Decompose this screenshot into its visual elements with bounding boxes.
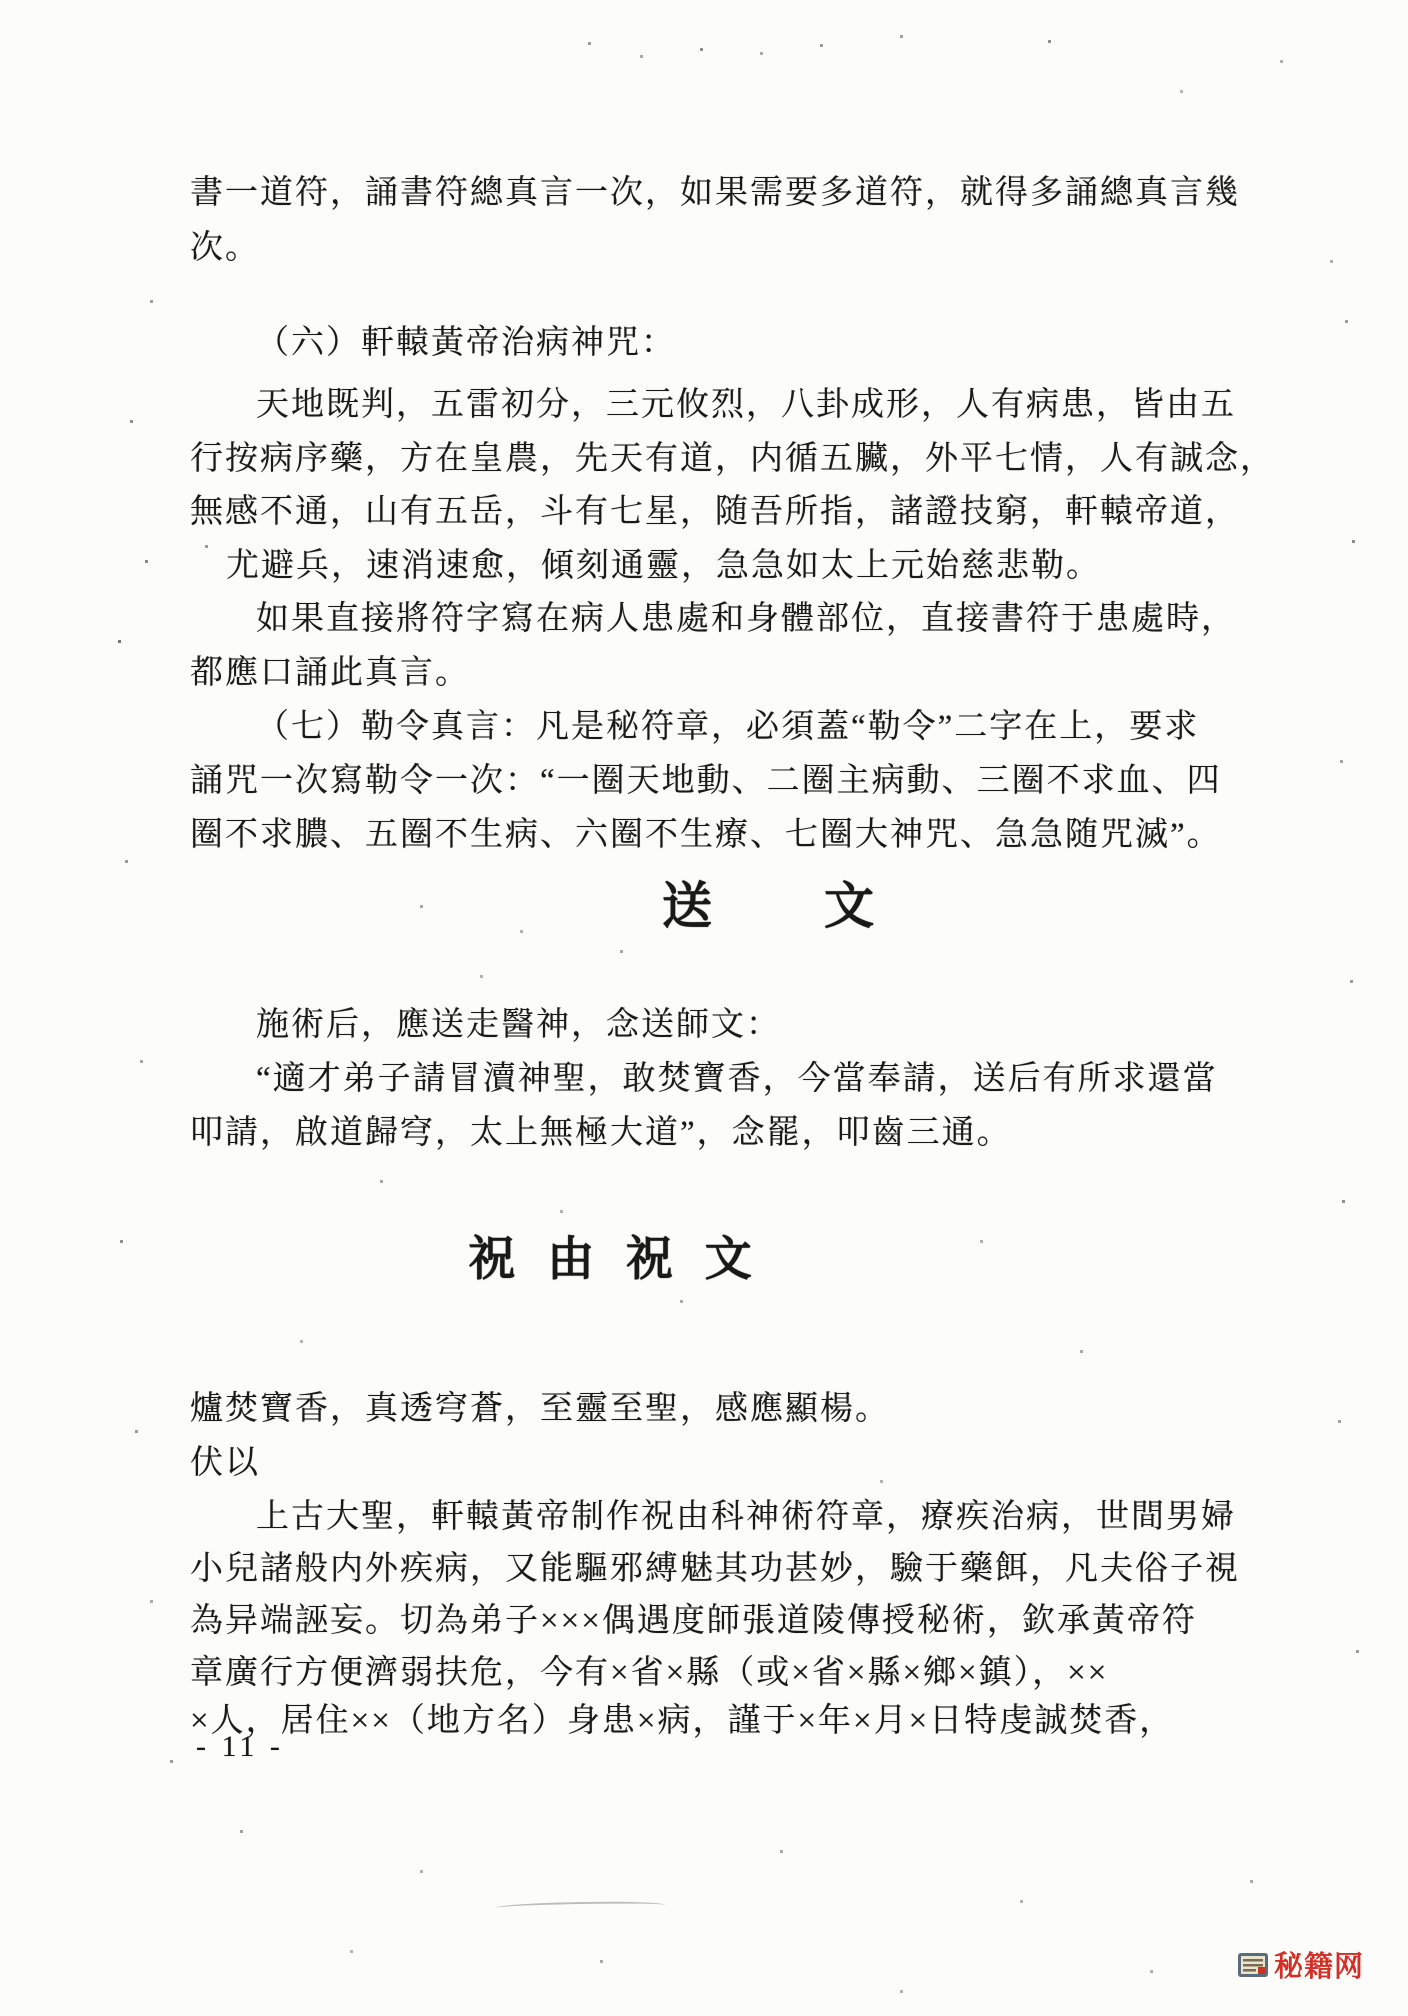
section-heading-zhu-you-zhu-wen: 祝 由 祝 文 [100, 1222, 1130, 1289]
body-line: 如果直接將符字寫在病人患處和身體部位，直接書符于患處時， [190, 592, 1346, 639]
book-logo-icon [1236, 1948, 1270, 1982]
subsection-heading-seven: （七）勒令真言：凡是秘符章，必須蓋“勒令”二字在上，要求 [190, 700, 1346, 747]
scan-noise-speckles [0, 0, 3, 3]
publisher-watermark: 秘籍网 [1236, 1944, 1364, 1985]
section-heading-song-wen: 送 文 [200, 866, 1340, 938]
body-line: 尤避兵，速消速愈，傾刻通靈，急急如太上元始慈悲勒。 [190, 539, 1316, 586]
watermark-label: 秘籍网 [1274, 1944, 1364, 1985]
body-line: 都應口誦此真言。 [190, 646, 1280, 693]
scanned-book-page: 書一道符，誦書符總真言一次，如果需要多道符，就得多誦總真言幾 次。 （六）軒轅黃… [0, 0, 1408, 2016]
body-line: 叩請，啟道歸穹，太上無極大道”，念罷，叩齒三通。 [190, 1106, 1280, 1153]
body-line: 無感不通，山有五岳，斗有七星，随吾所指，諸證技窮，軒轅帝道， [190, 485, 1280, 532]
page-number: - 11 - [196, 1730, 284, 1764]
body-line: “適才弟子請冒瀆神聖，敢焚寶香，今當奉請，送后有所求還當 [190, 1052, 1346, 1099]
body-line: ×人，居住××（地方名）身患×病，謹于×年×月×日特虔誠焚香， [190, 1694, 1280, 1741]
body-line: 行按病序藥，方在皇農，先天有道，内循五臟，外平七情，人有誠念， [190, 432, 1280, 479]
body-line: 圈不求膿、五圈不生病、六圈不生療、七圈大神咒、急急随咒滅”。 [190, 808, 1280, 855]
body-line: 次。 [190, 221, 1280, 268]
scan-artifact-line [495, 1901, 665, 1913]
body-line: 天地既判，五雷初分，三元攸烈，八卦成形，人有病患，皆由五 [190, 378, 1346, 425]
body-line: 書一道符，誦書符總真言一次，如果需要多道符，就得多誦總真言幾 [190, 166, 1280, 213]
body-line: 施術后，應送走醫神，念送師文： [190, 998, 1346, 1045]
body-line: 小兒諸般内外疾病，又能驅邪縛魅其功甚妙，驗于藥餌，凡夫俗子視 [190, 1542, 1280, 1589]
body-line: 章廣行方便濟弱扶危，今有×省×縣（或×省×縣×鄉×鎮），×× [190, 1646, 1280, 1693]
subsection-heading-six: （六）軒轅黃帝治病神咒： [190, 316, 1346, 363]
body-line: 爐焚寶香，真透穹蒼，至靈至聖，感應顯楊。 [190, 1382, 1280, 1429]
body-line: 為异端誣妄。切為弟子×××偶遇度師張道陵傳授秘術，欽承黃帝符 [190, 1594, 1280, 1641]
body-line: 上古大聖，軒轅黃帝制作祝由科神術符章，療疾治病，世間男婦 [190, 1490, 1346, 1537]
body-line: 誦咒一次寫勒令一次：“一圈天地動、二圈主病動、三圈不求血、四 [190, 754, 1280, 801]
body-line: 伏以 [190, 1436, 1280, 1483]
